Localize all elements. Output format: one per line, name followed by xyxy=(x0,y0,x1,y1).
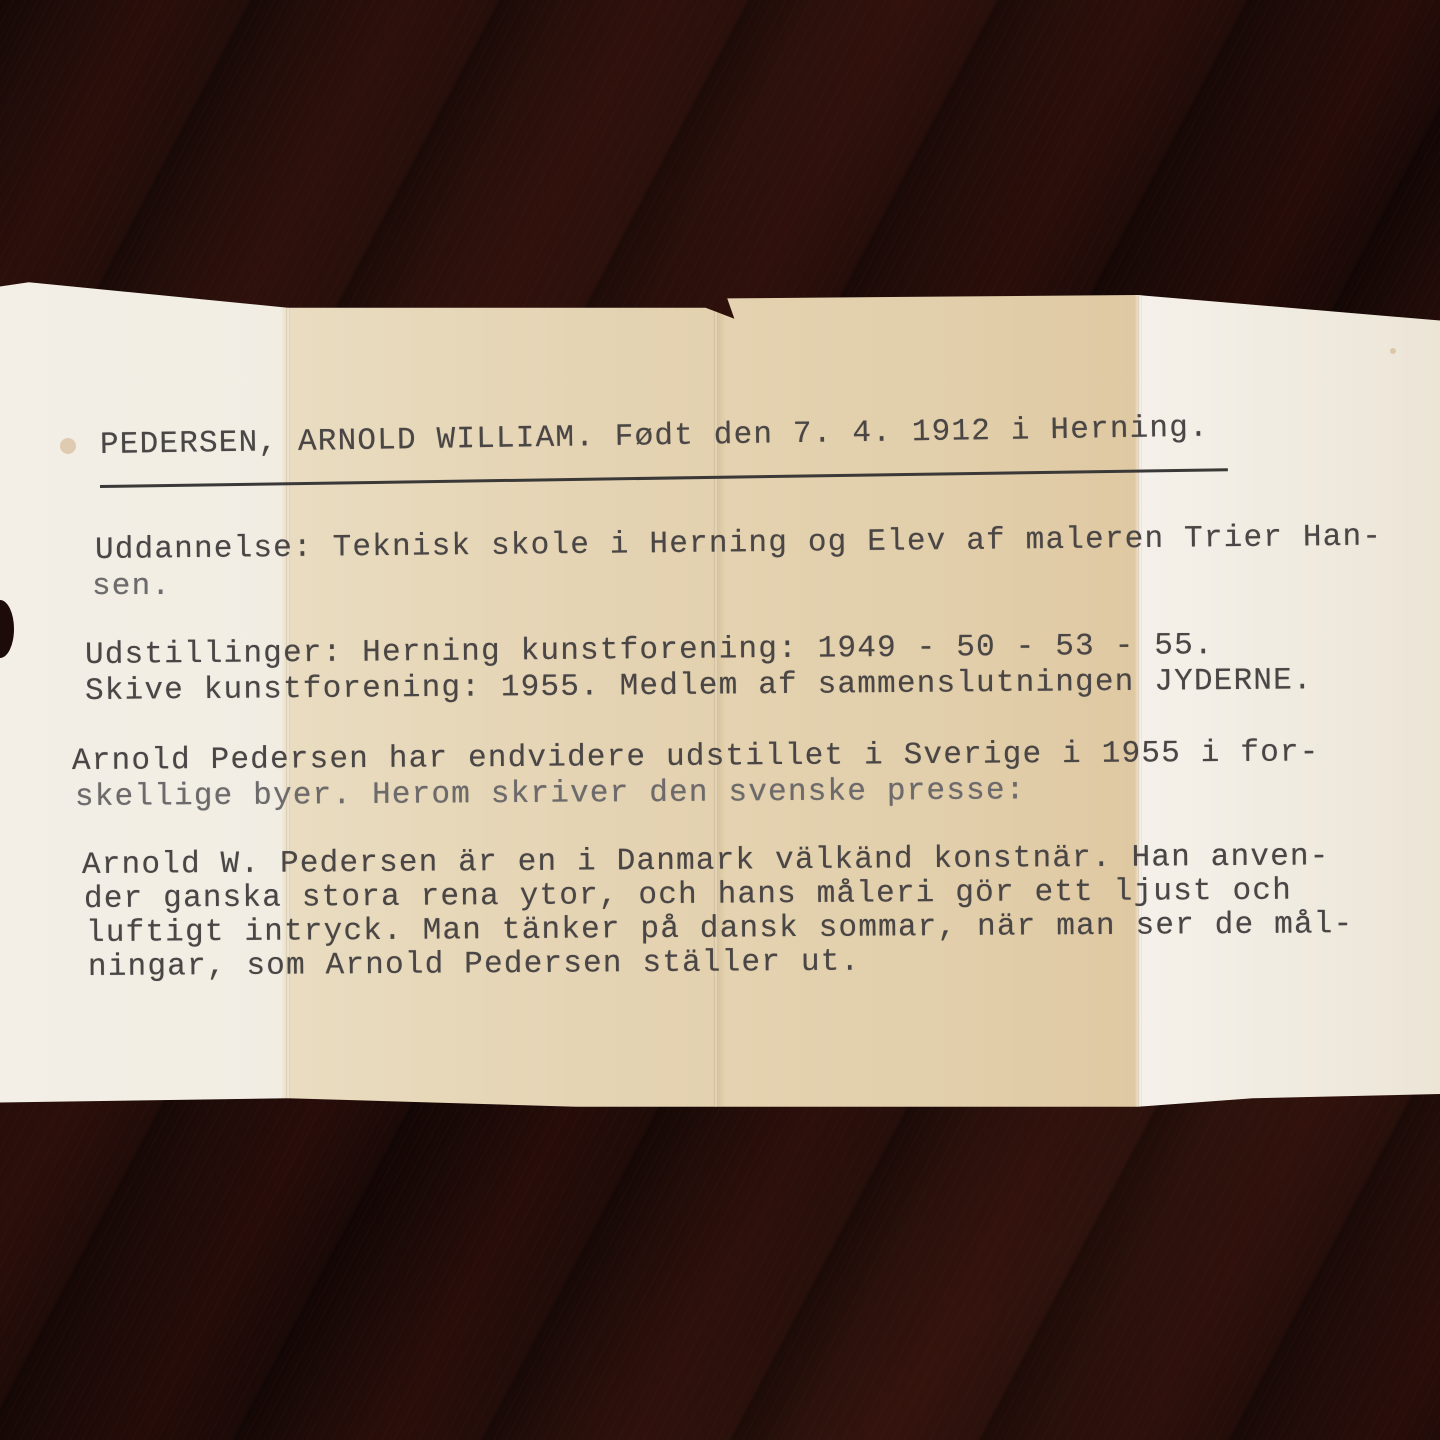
press-quote-line-3: luftigt intryck. Man tänker på dansk som… xyxy=(86,907,1354,951)
fold-crease xyxy=(1138,278,1142,1128)
typewritten-document: PEDERSEN, ARNOLD WILLIAM. Født den 7. 4.… xyxy=(0,278,1440,1128)
paper-stain xyxy=(60,438,76,454)
heading-underline xyxy=(100,468,1228,488)
sweden-line-1: Arnold Pedersen har endvidere udstillet … xyxy=(72,735,1320,779)
press-quote-line-4: ningar, som Arnold Pedersen ställer ut. xyxy=(88,945,861,985)
document-heading: PEDERSEN, ARNOLD WILLIAM. Født den 7. 4.… xyxy=(100,411,1209,463)
paper-stain xyxy=(1390,348,1396,354)
education-line-2: sen. xyxy=(92,569,171,604)
sweden-line-2: skellige byer. Herom skriver den svenske… xyxy=(75,773,1026,815)
punch-hole xyxy=(0,600,14,658)
